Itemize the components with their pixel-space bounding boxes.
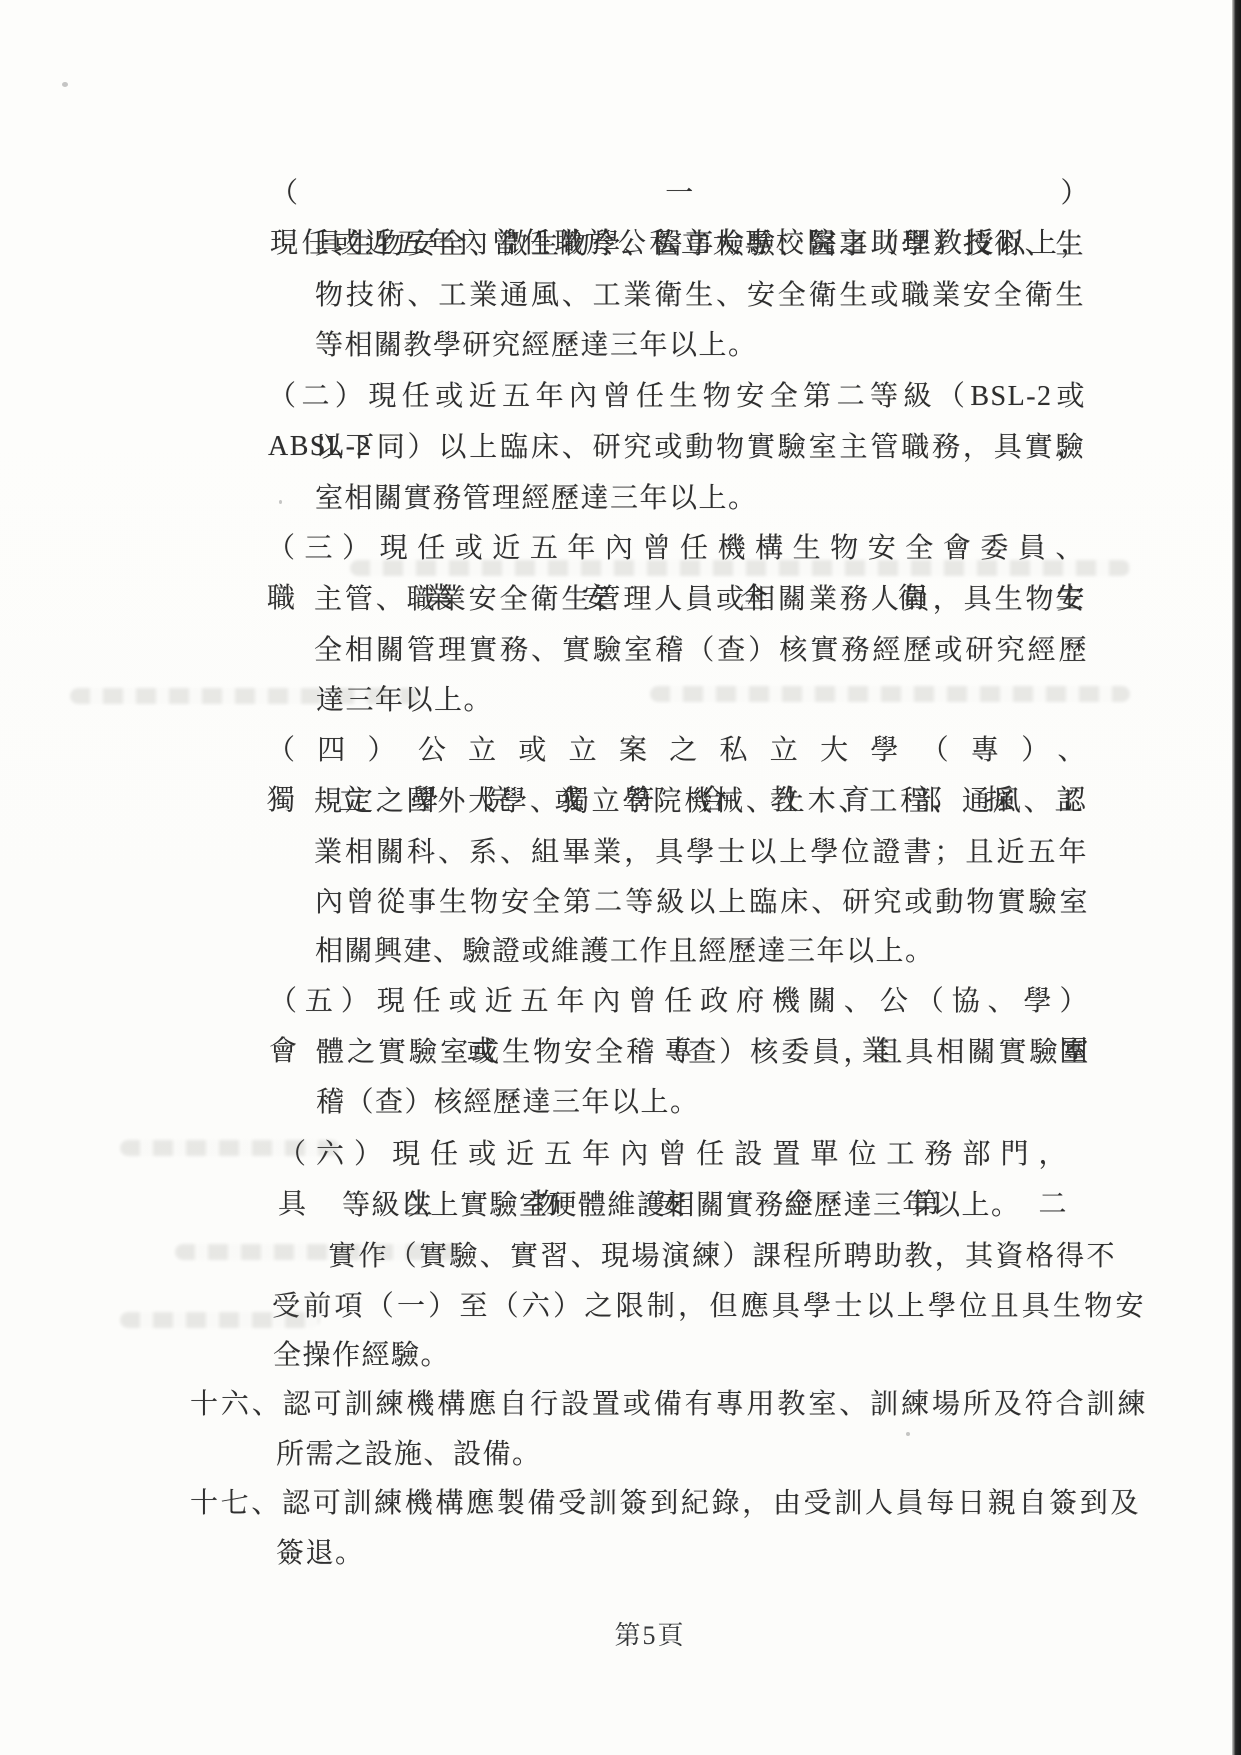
scan-smudge [70, 688, 420, 704]
text-line-10: 全相關管理實務、實驗室稽（查）核實務經歷或研究經歷 [314, 626, 1088, 676]
text-line-6: 以下同）以上臨床、研究或動物實驗室主管職務，具實驗 [315, 423, 1085, 473]
text-line-12: （四）公立或立案之私立大學（專）、獨立學院或符合教育部採認 [267, 726, 1087, 776]
text-line-4: 等相關教學研究經歷達三年以上。 [315, 321, 758, 371]
text-line-25: 十六、認可訓練機構應自行設置或備有專用教室、訓練場所及符合訓練 [190, 1380, 1147, 1430]
text-line-21: 等級以上實驗室硬體維護相關實務經歷達三年以上。 [342, 1181, 1021, 1231]
text-line-18: 體之實驗室或生物安全稽（查）核委員，且具相關實驗室 [316, 1028, 1090, 1078]
text-line-1: （一）現任或近五年內曾任職於公私立大專校院之助理教授以上， [270, 169, 1090, 219]
scan-speck [906, 1432, 910, 1436]
text-line-2: 具生物安全、微生物學、醫事檢驗、醫事（學）技術、生 [315, 220, 1085, 270]
text-line-20: （六）現任或近五年內曾任設置單位工務部門，具生物安全第二 [278, 1130, 1068, 1180]
text-line-14: 業相關科、系、組畢業，具學士以上學位證書；且近五年 [314, 828, 1088, 878]
text-line-24: 全操作經驗。 [273, 1331, 450, 1381]
text-line-27: 十七、認可訓練機構應製備受訓簽到紀錄，由受訓人員每日親自簽到及 [190, 1479, 1140, 1529]
scan-smudge [175, 1244, 465, 1260]
text-line-28: 簽退。 [276, 1529, 365, 1579]
scan-smudge [350, 560, 1130, 576]
page-number: 第5頁 [585, 1616, 715, 1656]
text-line-16: 相關興建、驗證或維護工作且經歷達三年以上。 [315, 927, 935, 977]
text-line-7: 室相關實務管理經歷達三年以上。 [315, 474, 758, 524]
scan-edge-strip [1232, 0, 1241, 1755]
scan-smudge [120, 1312, 320, 1328]
scan-speck [279, 500, 282, 504]
text-line-15: 內曾從事生物安全第二等級以上臨床、研究或動物實驗室 [315, 878, 1089, 928]
text-line-26: 所需之設施、設備。 [276, 1430, 542, 1480]
text-line-5: （二）現任或近五年內曾任生物安全第二等級（BSL-2或 ABSL-2， [268, 372, 1086, 422]
scan-smudge [120, 1140, 340, 1156]
text-line-23: 受前項（一）至（六）之限制，但應具學士以上學位且具生物安 [272, 1282, 1145, 1332]
scan-speck [62, 82, 68, 87]
text-line-13: 規定之國外大學、獨立學院機械、土木、工程、通風、工 [314, 777, 1084, 827]
scanned-document-page: （一）現任或近五年內曾任職於公私立大專校院之助理教授以上， 具生物安全、微生物學… [0, 0, 1241, 1755]
scan-smudge [650, 686, 1130, 702]
text-line-9: 主管、職業安全衛生管理人員或相關業務人員，具生物安 [314, 575, 1086, 625]
text-line-3: 物技術、工業通風、工業衛生、安全衛生或職業安全衛生 [315, 271, 1085, 321]
text-line-17: （五）現任或近五年內曾任政府機關、公（協、學）會或專業團 [269, 977, 1089, 1027]
text-line-19: 稽（查）核經歷達三年以上。 [316, 1078, 700, 1128]
